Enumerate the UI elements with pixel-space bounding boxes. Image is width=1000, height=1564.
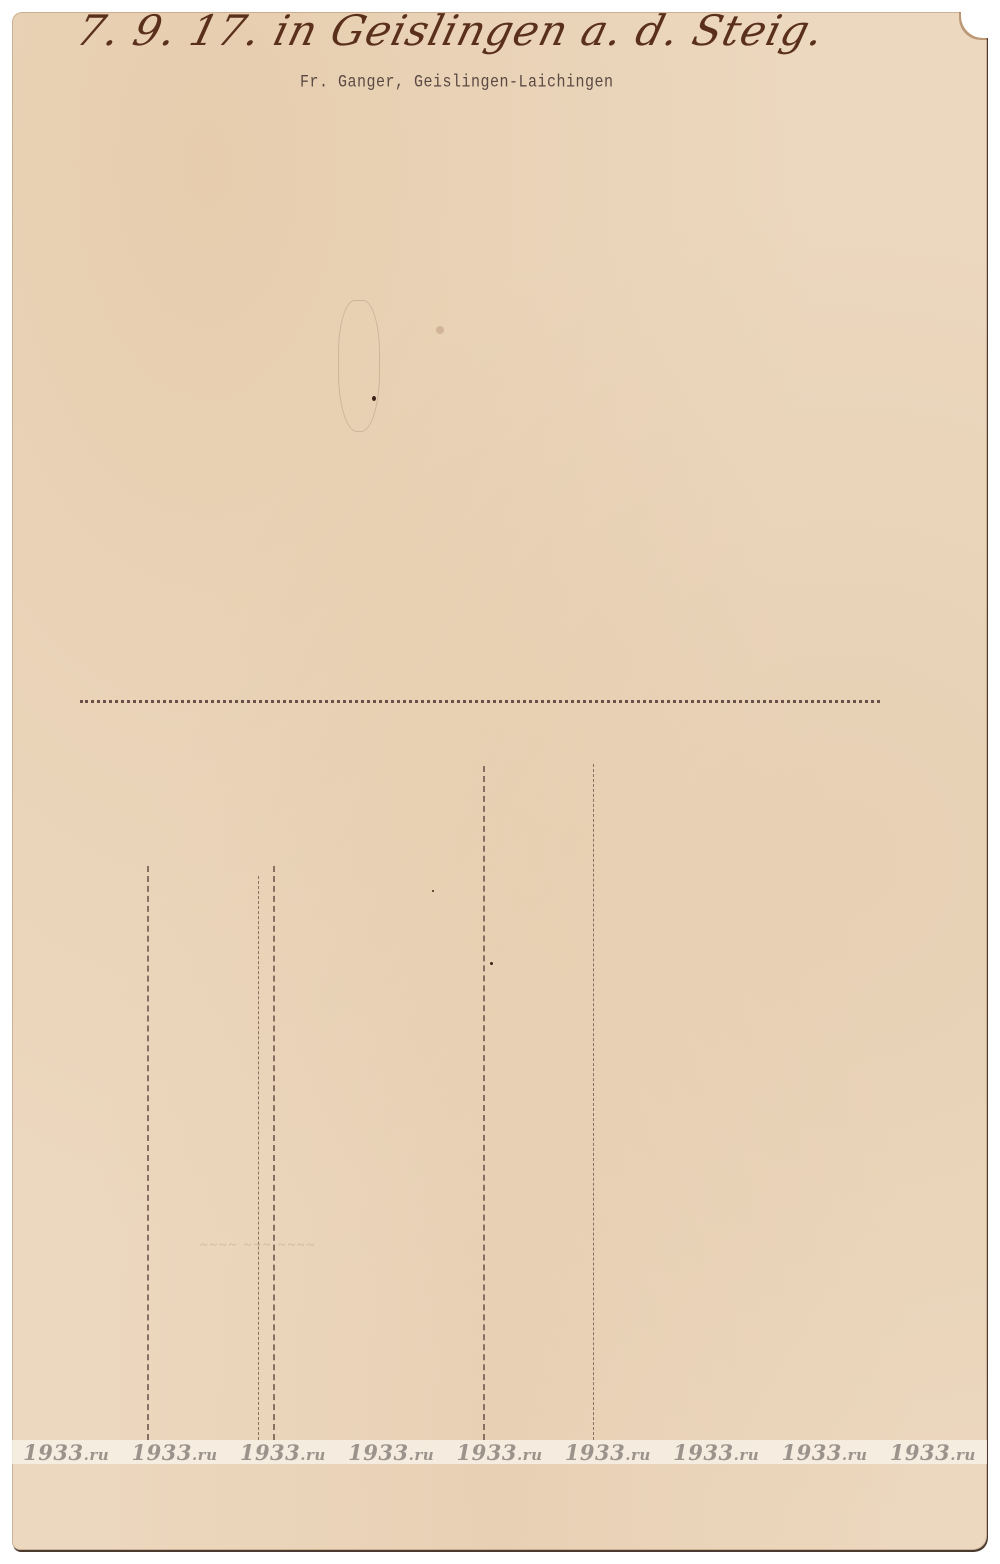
ink-speck: [372, 396, 376, 401]
ink-speck: [432, 890, 434, 892]
ink-speck: [490, 962, 493, 965]
watermark-text: 1933.ru: [781, 1440, 867, 1464]
address-rule-2: [258, 876, 259, 1440]
faded-stamp-impression: ~~~~ ~~~ ~~~~: [200, 1238, 316, 1254]
smudge: [436, 326, 444, 334]
watermark-text: 1933.ru: [132, 1440, 218, 1464]
watermark-text: 1933.ru: [673, 1440, 759, 1464]
watermark-text: 1933.ru: [348, 1440, 434, 1464]
watermark-text: 1933.ru: [565, 1440, 651, 1464]
address-rule-1: [147, 866, 149, 1440]
address-rule-5: [593, 764, 594, 1440]
faint-pencil-mark: [338, 300, 380, 432]
watermark-text: 1933.ru: [240, 1440, 326, 1464]
watermark-text: 1933.ru: [23, 1440, 109, 1464]
worn-corner: [961, 10, 989, 38]
watermark-text: 1933.ru: [890, 1440, 976, 1464]
handwritten-date-location: 7. 9. 17. in Geislingen a. d. Steig.: [72, 6, 830, 55]
watermark-band: 1933.ru 1933.ru 1933.ru 1933.ru 1933.ru …: [12, 1440, 987, 1464]
address-rule-4: [483, 766, 485, 1440]
address-rule-3: [273, 866, 275, 1440]
postcard-back: [12, 12, 987, 1550]
watermark-text: 1933.ru: [456, 1440, 542, 1464]
publisher-imprint: Fr. Ganger, Geislingen-Laichingen: [300, 73, 614, 93]
message-address-divider: [80, 700, 880, 703]
